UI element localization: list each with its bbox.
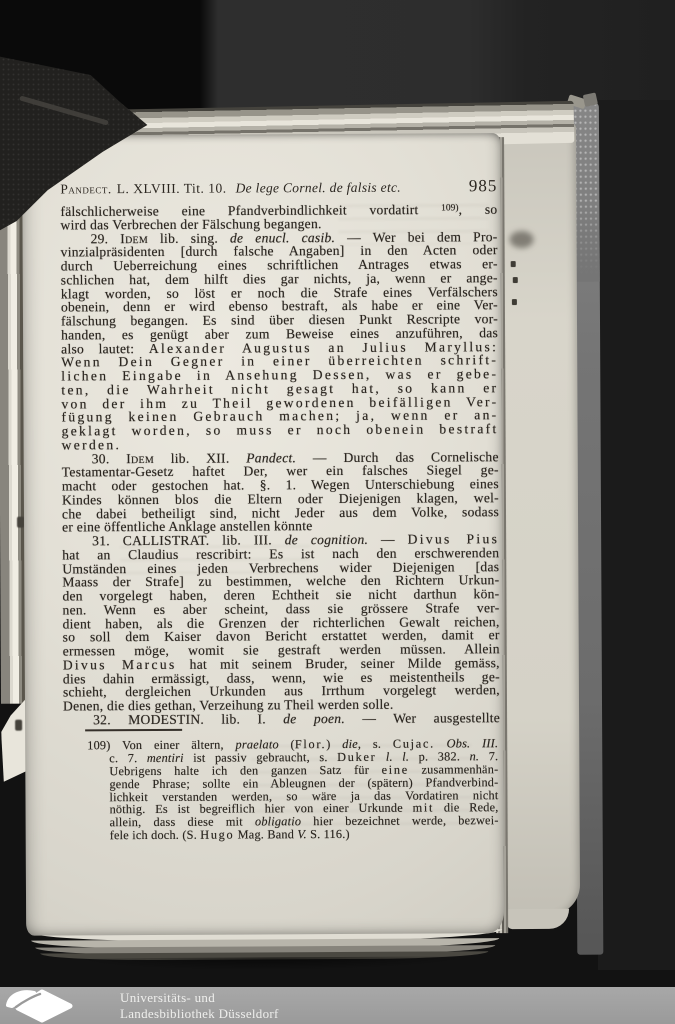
- ink-mark: [511, 261, 516, 267]
- library-name-line2: Landesbibliothek Düsseldorf: [120, 1006, 279, 1022]
- running-head-section: Pandect.: [60, 181, 111, 196]
- text-segment: 109): [441, 203, 458, 213]
- text-segment: de poen.: [283, 711, 345, 726]
- text-segment: Hugo: [200, 828, 234, 842]
- ink-smudge: [510, 231, 534, 248]
- book-shadow: [22, 956, 522, 975]
- ink-mark: [513, 277, 518, 283]
- binding-sew-mark: [15, 720, 22, 731]
- cover-cloth-texture: [573, 102, 600, 282]
- running-head: Pandect. L. XLVIII. Tit. 10. De lege Cor…: [60, 178, 497, 195]
- page-text-block: Pandect. L. XLVIII. Tit. 10. De lege Cor…: [60, 178, 500, 727]
- text-segment: , so: [459, 202, 498, 217]
- text-segment: V.: [297, 827, 306, 841]
- text-segment: geklagt worden, so muss er noch obenein …: [62, 421, 499, 438]
- text-segment: Mag. Band: [234, 827, 297, 841]
- body-text: fälschlicherweise eine Pfandverbindlichk…: [60, 202, 500, 727]
- ulb-logo-icon: [4, 989, 78, 1023]
- footnote-block: 109) Von einer ältern, praelato (Flor.) …: [87, 737, 499, 842]
- library-watermark-text: Universitäts- und Landesbibliothek Düsse…: [120, 990, 279, 1022]
- ink-mark: [512, 299, 517, 305]
- text-segment: — Wer ausgestellte: [345, 710, 500, 726]
- text-segment: 32. MODESTIN. lib. I.: [93, 711, 283, 727]
- binding-sew-mark: [17, 517, 24, 528]
- book: Pandect. L. XLVIII. Tit. 10. De lege Cor…: [0, 0, 675, 1024]
- library-watermark-bar: [0, 987, 675, 1024]
- body-text-line: geklagt worden, so muss er noch obenein …: [62, 422, 499, 438]
- text-segment: S. 116.): [307, 827, 350, 841]
- library-name-line1: Universitäts- und: [120, 990, 279, 1006]
- page-number: 985: [469, 178, 498, 193]
- body-text-line: 32. MODESTIN. lib. I. de poen. — Wer aus…: [63, 711, 500, 727]
- underlying-page-leaf: [507, 909, 569, 929]
- scanned-book-photo: { "palette":{"paper":"#e2dfd5","ink":"#2…: [0, 0, 675, 1024]
- running-head-reference: L. XLVIII. Tit. 10.: [117, 181, 227, 197]
- text-segment: fele ich doch. (S.: [110, 828, 201, 842]
- running-head-title: De lege Cornel. de falsis etc.: [236, 180, 401, 196]
- footnote-text-line: fele ich doch. (S. Hugo Mag. Band V. S. …: [110, 827, 499, 842]
